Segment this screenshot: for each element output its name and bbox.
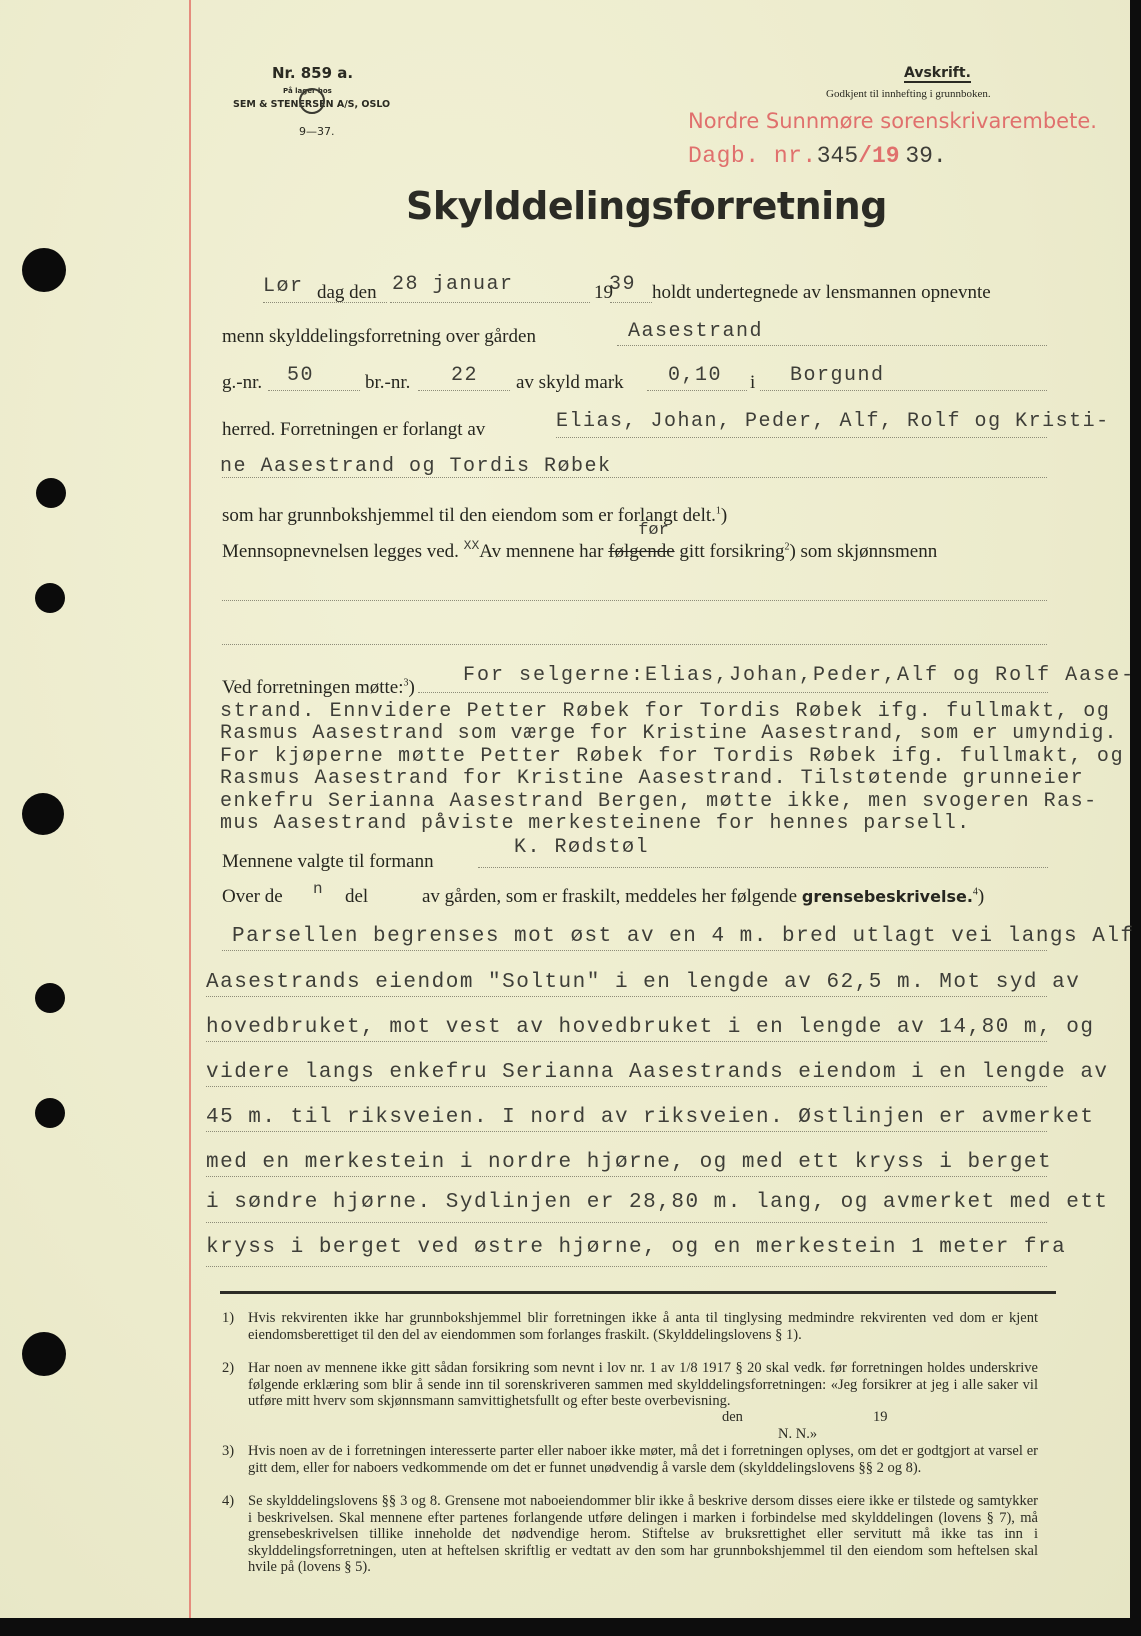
footnote-2-signature: N. N.» bbox=[778, 1426, 817, 1443]
part-mark: n bbox=[313, 880, 324, 898]
journal-year-suffix: 39. bbox=[905, 143, 946, 169]
boundary-line-3: videre langs enkefru Serianna Aasestrand… bbox=[206, 1061, 1109, 1084]
attended-line-0: For selgerne:Elias,Johan,Peder,Alf og Ro… bbox=[463, 664, 1135, 687]
weekday-value: Lør bbox=[263, 275, 304, 298]
boundary-line-7: kryss i berget ved østre hjørne, og en m… bbox=[206, 1236, 1066, 1259]
label-herred: herred. Forretningen er forlangt av bbox=[222, 419, 485, 441]
journal-label: Dagb. nr. bbox=[688, 143, 817, 169]
form-number: Nr. 859 a. bbox=[272, 64, 353, 82]
footnote-2-year: 19 bbox=[873, 1409, 888, 1426]
gnr-field-line bbox=[268, 390, 360, 391]
date-value: 28 januar bbox=[392, 273, 514, 296]
date-field-line bbox=[390, 302, 590, 303]
punch-hole-icon bbox=[35, 983, 65, 1013]
requested-by-line2: ne Aasestrand og Tordis Røbek bbox=[220, 455, 612, 478]
attended-line-2: Rasmus Aasestrand som værge for Kristine… bbox=[220, 722, 1118, 745]
boundary-label: av gården, som er fraskilt, meddeles her… bbox=[422, 886, 984, 908]
journal-year-prefix: /19 bbox=[858, 143, 899, 169]
label-i: i bbox=[750, 372, 755, 394]
footnote-2: 2) Har noen av mennene ikke gitt sådan f… bbox=[222, 1360, 1042, 1442]
document-page: Nr. 859 a. På lager hos SEM & STENERSEN … bbox=[0, 0, 1130, 1618]
footnote-4-number: 4) bbox=[222, 1493, 234, 1510]
chairman-field-line bbox=[478, 867, 1048, 868]
boundary-rule-3 bbox=[206, 1086, 1047, 1087]
boundary-line-2: hovedbruket, mot vest av hovedbruket i e… bbox=[206, 1016, 1094, 1039]
label-del: del bbox=[345, 886, 368, 908]
footnote-3-number: 3) bbox=[222, 1443, 234, 1460]
label-attended: Ved forretningen møtte: bbox=[222, 677, 404, 698]
boundary-line-4: 45 m. til riksveien. I nord av riksveien… bbox=[206, 1106, 1094, 1129]
boundary-label-a: av gården, som er fraskilt, meddeles her… bbox=[422, 886, 797, 907]
punch-hole-icon bbox=[35, 583, 65, 613]
requested-by-line1: Elias, Johan, Peder, Alf, Rolf og Kristi… bbox=[556, 410, 1110, 433]
punch-hole-icon bbox=[22, 1332, 66, 1376]
year-field-line bbox=[610, 302, 652, 303]
bnr-field-line bbox=[418, 390, 510, 391]
approved-text: Godkjent til innhefting i grunnboken. bbox=[826, 88, 991, 100]
label-chairman: Mennene valgte til formann bbox=[222, 851, 434, 873]
blank-line-2 bbox=[222, 644, 1047, 645]
label-skyld: av skyld mark bbox=[516, 372, 624, 394]
chairman-value: K. Rødstøl bbox=[514, 836, 649, 859]
boundary-rule-1 bbox=[206, 996, 1047, 997]
punch-hole-icon bbox=[22, 248, 66, 292]
footnote-ref-3: 3 bbox=[404, 678, 409, 689]
boundary-rule-5 bbox=[206, 1176, 1047, 1177]
label-menn-line: Mennsopnevnelsen legges ved. XXAv mennen… bbox=[222, 541, 937, 563]
label-attended-wrap: Ved forretningen møtte:3) bbox=[222, 677, 415, 699]
footnote-1-text: Hvis rekvirenten ikke har grunnbokshjemm… bbox=[248, 1310, 1038, 1343]
attended-field-line bbox=[418, 692, 1048, 693]
attended-line-1: strand. Ennvidere Petter Røbek for Tordi… bbox=[220, 700, 1111, 723]
boundary-rule-0 bbox=[222, 950, 1047, 951]
label-day: dag den bbox=[317, 282, 377, 304]
menn-text-c: gitt forsikring bbox=[679, 541, 784, 562]
punch-hole-icon bbox=[22, 793, 64, 835]
menn-text-d: ) som skjønnsmenn bbox=[789, 541, 937, 562]
punch-hole-icon bbox=[36, 478, 66, 508]
punch-hole-icon bbox=[35, 1098, 65, 1128]
journal-number-line: Dagb. nr.345/19 39. bbox=[688, 142, 947, 169]
year-value: 39 bbox=[609, 273, 636, 296]
boundary-line-6: i søndre hjørne. Sydlinjen er 28,80 m. l… bbox=[206, 1191, 1109, 1214]
gnr-value: 50 bbox=[287, 364, 314, 387]
footnote-1: 1) Hvis rekvirenten ikke har grunnbokshj… bbox=[222, 1310, 1042, 1362]
label-gnr: g.-nr. bbox=[222, 372, 262, 394]
skyld-value: 0,10 bbox=[668, 364, 722, 387]
menn-text-a: Mennsopnevnelsen legges ved. bbox=[222, 541, 459, 562]
xx-mark: XX bbox=[464, 538, 480, 553]
blank-line-1 bbox=[222, 600, 1047, 601]
boundary-rule-6 bbox=[206, 1222, 1047, 1223]
footnote-2-place-date: den bbox=[722, 1409, 743, 1426]
attended-line-3: For kjøperne møtte Petter Røbek for Tord… bbox=[220, 745, 1124, 768]
footnote-4: 4) Se skylddelingslovens §§ 3 og 8. Gren… bbox=[222, 1493, 1042, 1583]
page-title: Skylddelingsforretning bbox=[406, 184, 887, 228]
footnote-ref-1: 1 bbox=[716, 506, 721, 517]
attended-line-4: Rasmus Aasestrand for Kristine Aasestran… bbox=[220, 767, 1084, 790]
boundary-rule-2 bbox=[206, 1041, 1047, 1042]
farm-field-line bbox=[617, 345, 1047, 346]
attended-line-6: mus Aasestrand påviste merkesteinene for… bbox=[220, 812, 971, 835]
footnote-3-text: Hvis noen av de i forretningen interesse… bbox=[248, 1443, 1038, 1476]
label-over-de: Over de bbox=[222, 886, 283, 908]
struck-word: følgende bbox=[608, 541, 674, 562]
menn-text-b: Av mennene har bbox=[479, 541, 603, 562]
label-held: holdt undertegnede av lensmannen opnevnt… bbox=[652, 282, 991, 304]
inserted-word: før bbox=[638, 521, 669, 540]
journal-number: 345 bbox=[817, 143, 858, 169]
footnote-3: 3) Hvis noen av de i forretningen intere… bbox=[222, 1443, 1042, 1495]
footnote-1-number: 1) bbox=[222, 1310, 234, 1327]
boundary-rule-7 bbox=[206, 1266, 1047, 1267]
footnote-ref-4: 4 bbox=[973, 887, 978, 898]
copy-label: Avskrift. bbox=[904, 65, 971, 83]
bnr-value: 22 bbox=[451, 364, 478, 387]
attended-line-5: enkefru Serianna Aasestrand Bergen, møtt… bbox=[220, 790, 1098, 813]
print-date: 9—37. bbox=[299, 125, 335, 138]
boundary-line-5: med en merkestein i nordre hjørne, og me… bbox=[206, 1151, 1052, 1174]
margin-line bbox=[189, 0, 191, 1618]
municipality-field-line bbox=[760, 390, 1047, 391]
footnote-divider bbox=[220, 1291, 1056, 1294]
requested-field-line bbox=[556, 437, 1047, 438]
footnote-2-text: Har noen av mennene ikke gitt sådan fors… bbox=[248, 1360, 1038, 1410]
footnote-4-text: Se skylddelingslovens §§ 3 og 8. Grensen… bbox=[248, 1493, 1038, 1576]
boundary-rule-4 bbox=[206, 1131, 1047, 1132]
office-stamp: Nordre Sunnmøre sorenskrivarembete. bbox=[688, 109, 1097, 133]
publisher-logo-icon bbox=[299, 88, 325, 114]
footnote-2-number: 2) bbox=[222, 1360, 234, 1377]
label-bnr: br.-nr. bbox=[365, 372, 410, 394]
boundary-label-b: grensebeskrivelse. bbox=[802, 887, 973, 906]
skyld-field-line bbox=[647, 390, 747, 391]
farm-value: Aasestrand bbox=[628, 320, 763, 343]
boundary-line-1: Aasestrands eiendom "Soltun" i en lengde… bbox=[206, 971, 1080, 994]
boundary-line-0: Parsellen begrenses mot øst av en 4 m. b… bbox=[232, 925, 1135, 948]
label-farm: menn skylddelingsforretning over gården bbox=[222, 326, 536, 348]
municipality-value: Borgund bbox=[790, 364, 885, 387]
